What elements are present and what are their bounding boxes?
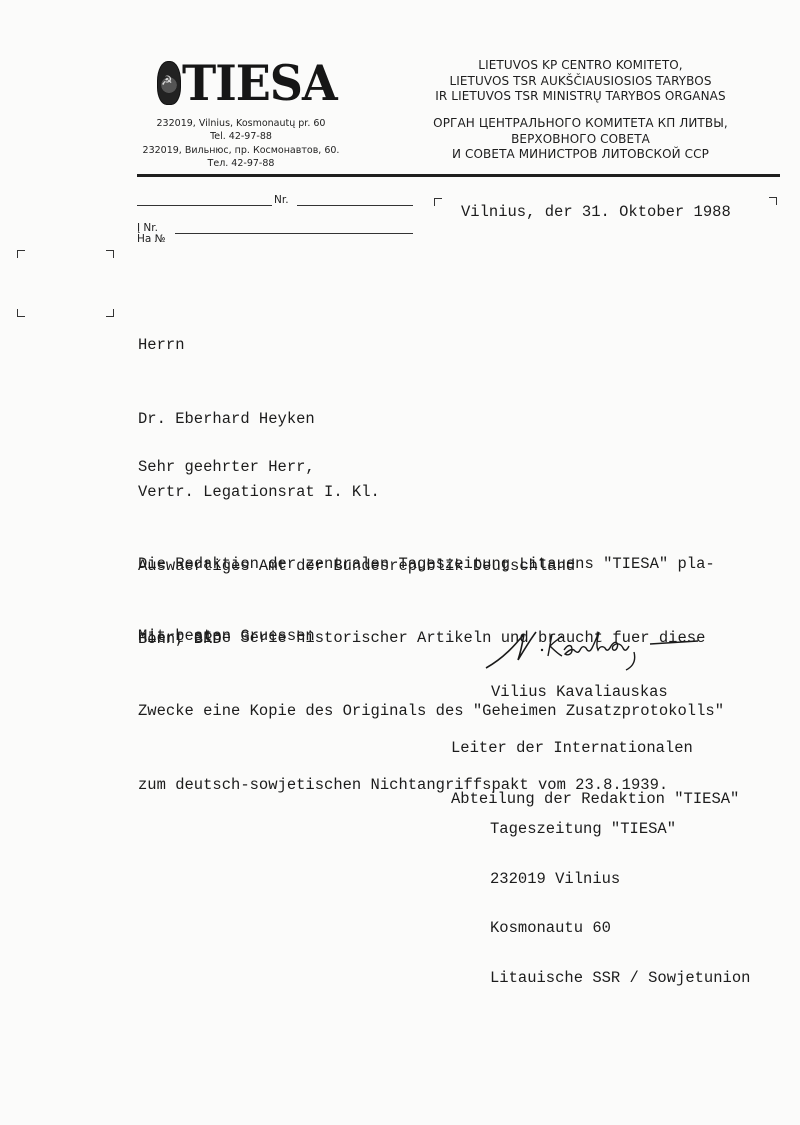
letterhead-divider [137, 174, 780, 177]
address-corner-mark [434, 198, 442, 206]
date-line: Vilnius, der 31. Oktober 1988 [461, 200, 731, 225]
address-line: 232019, Вильнюс, пр. Космонавтов, 60. [137, 145, 345, 158]
body-line: Die Redaktion der zentralen Tageszeitung… [138, 552, 724, 577]
salutation: Sehr geehrter Herr, [138, 455, 315, 480]
organ-line: ОРГАН ЦЕНТРАЛЬНОГО КОМИТЕТА КП ЛИТВЫ, [403, 116, 758, 132]
organ-line: LIETUVOS KP CENTRO KOMITETO, [403, 58, 758, 74]
return-address: Tageszeitung "TIESA" 232019 Vilnius Kosm… [490, 788, 750, 1003]
organ-russian: ОРГАН ЦЕНТРАЛЬНОГО КОМИТЕТА КП ЛИТВЫ, ВЕ… [403, 116, 758, 163]
reply-number-field [175, 233, 413, 234]
window-corner-mark [106, 250, 114, 258]
reference-date-field [137, 205, 272, 206]
recipient-line: Herrn [138, 333, 575, 358]
phone-line: Тел. 42-97-88 [137, 158, 345, 171]
address-line: 232019, Vilnius, Kosmonautų pr. 60 [137, 118, 345, 131]
recipient-name: Dr. Eberhard Heyken [138, 407, 575, 432]
return-address-line: Kosmonautu 60 [490, 920, 750, 937]
organ-lithuanian: LIETUVOS KP CENTRO KOMITETO, LIETUVOS TS… [403, 58, 758, 105]
nr-label: Nr. [274, 194, 289, 206]
organ-line: ВЕРХОВНОГО СОВЕТА [403, 132, 758, 148]
organ-line: И СОВЕТА МИНИСТРОВ ЛИТОВСКОЙ ССР [403, 147, 758, 163]
recipient-title: Vertr. Legationsrat I. Kl. [138, 480, 575, 505]
organ-line: LIETUVOS TSR AUKŠČIAUSIOSIOS TARYBOS [403, 74, 758, 90]
window-corner-mark [106, 309, 114, 317]
signer-name: Vilius Kavaliauskas [491, 680, 668, 705]
phone-line: Tel. 42-97-88 [137, 131, 345, 144]
signer-title-line: Leiter der Internationalen [451, 740, 739, 757]
reply-label-ru: На № [137, 234, 166, 245]
window-corner-mark [17, 309, 25, 317]
return-address-line: Litauische SSR / Sowjetunion [490, 970, 750, 987]
address-russian: 232019, Вильнюс, пр. Космонавтов, 60. Те… [137, 145, 345, 170]
tiesa-logo: TIESA [157, 60, 337, 106]
logo-text: TIESA [182, 59, 337, 107]
reply-label: Į Nr. На № [137, 223, 166, 245]
address-corner-mark [769, 197, 777, 205]
window-corner-mark [17, 250, 25, 258]
address-lithuanian: 232019, Vilnius, Kosmonautų pr. 60 Tel. … [137, 118, 345, 143]
return-address-line: Tageszeitung "TIESA" [490, 821, 750, 838]
reference-number-field [297, 205, 413, 206]
organ-line: IR LIETUVOS TSR MINISTRŲ TARYBOS ORGANAS [403, 89, 758, 105]
order-emblem-icon [157, 61, 181, 105]
signature-icon [484, 624, 714, 674]
return-address-line: 232019 Vilnius [490, 871, 750, 888]
closing: Mit besten Gruessen [138, 624, 315, 649]
